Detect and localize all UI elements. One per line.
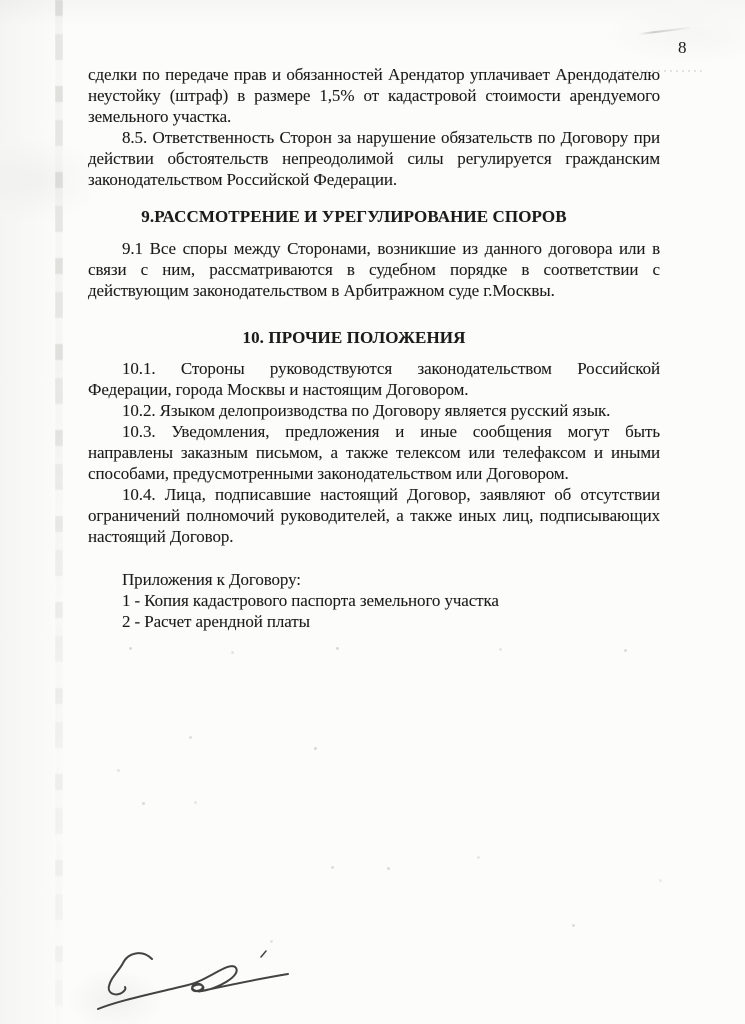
appendix-title: Приложения к Договору: bbox=[122, 569, 660, 590]
clause-9-1: 9.1 Все споры между Сторонами, возникшие… bbox=[88, 238, 660, 301]
clause-10-3: 10.3. Уведомления, предложения и иные со… bbox=[88, 421, 660, 484]
clause-10-4: 10.4. Лица, подписавшие настоящий Догово… bbox=[88, 484, 660, 547]
page-number: 8 bbox=[678, 38, 687, 58]
scanned-contract-page: 8 сделки по передаче прав и обязанностей… bbox=[0, 0, 745, 1024]
scan-noise-speckles bbox=[0, 0, 1, 1]
clause-10-1: 10.1. Стороны руководствуются законодате… bbox=[88, 358, 660, 400]
section-10-heading: 10. ПРОЧИЕ ПОЛОЖЕНИЯ bbox=[68, 327, 640, 349]
scan-streak-artifact bbox=[55, 0, 63, 1024]
section-9-heading: 9.РАССМОТРЕНИЕ И УРЕГУЛИРОВАНИЕ СПОРОВ bbox=[68, 206, 640, 228]
appendix-item: 2 - Расчет арендной платы bbox=[122, 611, 660, 632]
clause-10-2: 10.2. Языком делопроизводства по Договор… bbox=[88, 400, 660, 421]
appendix-item: 1 - Копия кадастрового паспорта земельно… bbox=[122, 590, 660, 611]
paragraph-continuation: сделки по передаче прав и обязанностей А… bbox=[88, 64, 660, 127]
appendix-list: Приложения к Договору: 1 - Копия кадастр… bbox=[122, 569, 660, 632]
handwritten-signature-icon bbox=[85, 945, 295, 1020]
document-body: сделки по передаче прав и обязанностей А… bbox=[88, 64, 660, 632]
clause-8-5: 8.5. Ответственность Сторон за нарушение… bbox=[88, 127, 660, 190]
scan-diagonal-artifact bbox=[638, 27, 690, 35]
